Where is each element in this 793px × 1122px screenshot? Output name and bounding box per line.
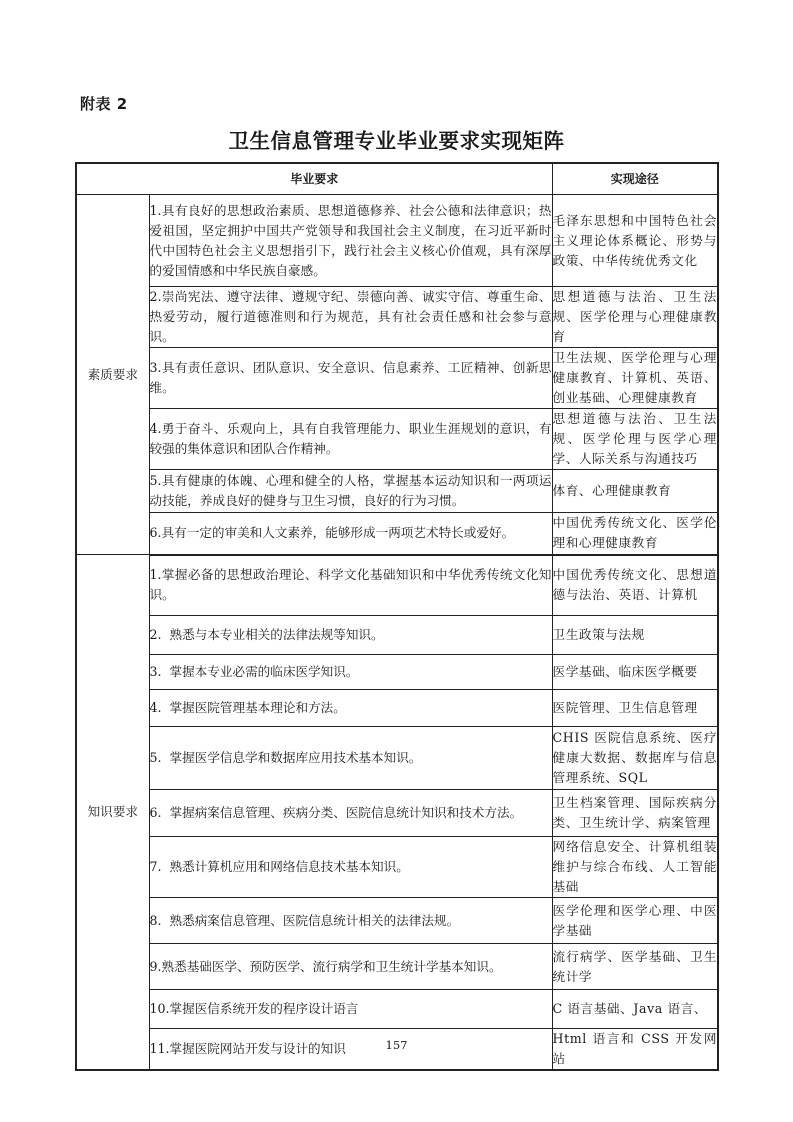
table-row: 5. 掌握医学信息学和数据库应用技术基本知识。 CHIS 医院信息系统、医疗健康… xyxy=(76,727,718,790)
header-pathway: 实现途径 xyxy=(552,163,718,195)
requirement-cell: 5.具有健康的体魄、心理和健全的人格，掌握基本运动知识和一两项运动技能，养成良好… xyxy=(149,470,552,513)
table-row: 9.熟悉基础医学、预防医学、流行病学和卫生统计学基本知识。 流行病学、医学基础、… xyxy=(76,944,718,990)
table-row: 知识要求 1.掌握必备的思想政治理论、科学文化基础知识和中华优秀传统文化知识。 … xyxy=(76,555,718,616)
requirement-cell: 6.具有一定的审美和人文素养，能够形成一两项艺术特长或爱好。 xyxy=(149,513,552,555)
page-title: 卫生信息管理专业毕业要求实现矩阵 xyxy=(0,124,793,154)
requirement-cell: 10.掌握医信系统开发的程序设计语言 xyxy=(149,990,552,1029)
requirement-cell: 9.熟悉基础医学、预防医学、流行病学和卫生统计学基本知识。 xyxy=(149,944,552,990)
pathway-cell: 中国优秀传统文化、思想道德与法治、英语、计算机 xyxy=(552,555,718,616)
table-row: 10.掌握医信系统开发的程序设计语言 C 语言基础、Java 语言、 xyxy=(76,990,718,1029)
table-row: 4.勇于奋斗、乐观向上，具有自我管理能力、职业生涯规划的意识，有较强的集体意识和… xyxy=(76,409,718,470)
requirement-cell: 3.具有责任意识、团队意识、安全意识、信息素养、工匠精神、创新思维。 xyxy=(149,348,552,409)
pathway-cell: CHIS 医院信息系统、医疗健康大数据、数据库与信息管理系统、SQL xyxy=(552,727,718,790)
pathway-cell: 医学基础、临床医学概要 xyxy=(552,655,718,690)
pathway-cell: C 语言基础、Java 语言、 xyxy=(552,990,718,1029)
pathway-cell: 医院管理、卫生信息管理 xyxy=(552,690,718,727)
category-knowledge: 知识要求 xyxy=(76,555,149,1071)
table-header-row: 毕业要求 实现途径 xyxy=(76,163,718,195)
graduation-requirements-matrix: 毕业要求 实现途径 素质要求 1.具有良好的思想政治素质、思想道德修养、社会公德… xyxy=(75,162,719,1071)
table-row: 4. 掌握医院管理基本理论和方法。 医院管理、卫生信息管理 xyxy=(76,690,718,727)
pathway-cell: 体育、心理健康教育 xyxy=(552,470,718,513)
requirement-cell: 4. 掌握医院管理基本理论和方法。 xyxy=(149,690,552,727)
pathway-cell: 卫生档案管理、国际疾病分类、卫生统计学、病案管理 xyxy=(552,790,718,837)
requirement-cell: 4.勇于奋斗、乐观向上，具有自我管理能力、职业生涯规划的意识，有较强的集体意识和… xyxy=(149,409,552,470)
header-requirement: 毕业要求 xyxy=(76,163,552,195)
requirement-cell: 8. 熟悉病案信息管理、医院信息统计相关的法律法规。 xyxy=(149,898,552,944)
pathway-cell: 医学伦理和医学心理、中医学基础 xyxy=(552,898,718,944)
pathway-cell: 网络信息安全、计算机组装维护与综合布线、人工智能基础 xyxy=(552,837,718,898)
pathway-cell: 卫生政策与法规 xyxy=(552,616,718,655)
requirement-cell: 1.具有良好的思想政治素质、思想道德修养、社会公德和法律意识；热爱祖国，坚定拥护… xyxy=(149,195,552,287)
pathway-cell: 思想道德与法治、卫生法规、医学伦理与医学心理学、人际关系与沟通技巧 xyxy=(552,409,718,470)
requirement-cell: 2.崇尚宪法、遵守法律、遵规守纪、崇德向善、诚实守信、尊重生命、热爱劳动，履行道… xyxy=(149,287,552,348)
appendix-label: 附表 2 xyxy=(80,93,128,114)
table-row: 素质要求 1.具有良好的思想政治素质、思想道德修养、社会公德和法律意识；热爱祖国… xyxy=(76,195,718,287)
pathway-cell: 毛泽东思想和中国特色社会主义理论体系概论、形势与政策、中华传统优秀文化 xyxy=(552,195,718,287)
requirement-cell: 6. 掌握病案信息管理、疾病分类、医院信息统计知识和技术方法。 xyxy=(149,790,552,837)
table-row: 6.具有一定的审美和人文素养，能够形成一两项艺术特长或爱好。 中国优秀传统文化、… xyxy=(76,513,718,555)
pathway-cell: 卫生法规、医学伦理与心理健康教育、计算机、英语、创业基础、心理健康教育 xyxy=(552,348,718,409)
requirement-cell: 1.掌握必备的思想政治理论、科学文化基础知识和中华优秀传统文化知识。 xyxy=(149,555,552,616)
pathway-cell: 中国优秀传统文化、医学伦理和心理健康教育 xyxy=(552,513,718,555)
table-row: 2. 熟悉与本专业相关的法律法规等知识。 卫生政策与法规 xyxy=(76,616,718,655)
table-row: 8. 熟悉病案信息管理、医院信息统计相关的法律法规。 医学伦理和医学心理、中医学… xyxy=(76,898,718,944)
pathway-cell: 流行病学、医学基础、卫生统计学 xyxy=(552,944,718,990)
table-row: 5.具有健康的体魄、心理和健全的人格，掌握基本运动知识和一两项运动技能，养成良好… xyxy=(76,470,718,513)
requirement-cell: 3. 掌握本专业必需的临床医学知识。 xyxy=(149,655,552,690)
category-quality: 素质要求 xyxy=(76,195,149,555)
table-row: 3.具有责任意识、团队意识、安全意识、信息素养、工匠精神、创新思维。 卫生法规、… xyxy=(76,348,718,409)
table-row: 7. 熟悉计算机应用和网络信息技术基本知识。 网络信息安全、计算机组装维护与综合… xyxy=(76,837,718,898)
requirement-cell: 5. 掌握医学信息学和数据库应用技术基本知识。 xyxy=(149,727,552,790)
page-number: 157 xyxy=(0,1038,793,1052)
table-row: 2.崇尚宪法、遵守法律、遵规守纪、崇德向善、诚实守信、尊重生命、热爱劳动，履行道… xyxy=(76,287,718,348)
table-row: 6. 掌握病案信息管理、疾病分类、医院信息统计知识和技术方法。 卫生档案管理、国… xyxy=(76,790,718,837)
table-row: 3. 掌握本专业必需的临床医学知识。 医学基础、临床医学概要 xyxy=(76,655,718,690)
requirement-cell: 7. 熟悉计算机应用和网络信息技术基本知识。 xyxy=(149,837,552,898)
pathway-cell: 思想道德与法治、卫生法规、医学伦理与心理健康教育 xyxy=(552,287,718,348)
requirement-cell: 2. 熟悉与本专业相关的法律法规等知识。 xyxy=(149,616,552,655)
